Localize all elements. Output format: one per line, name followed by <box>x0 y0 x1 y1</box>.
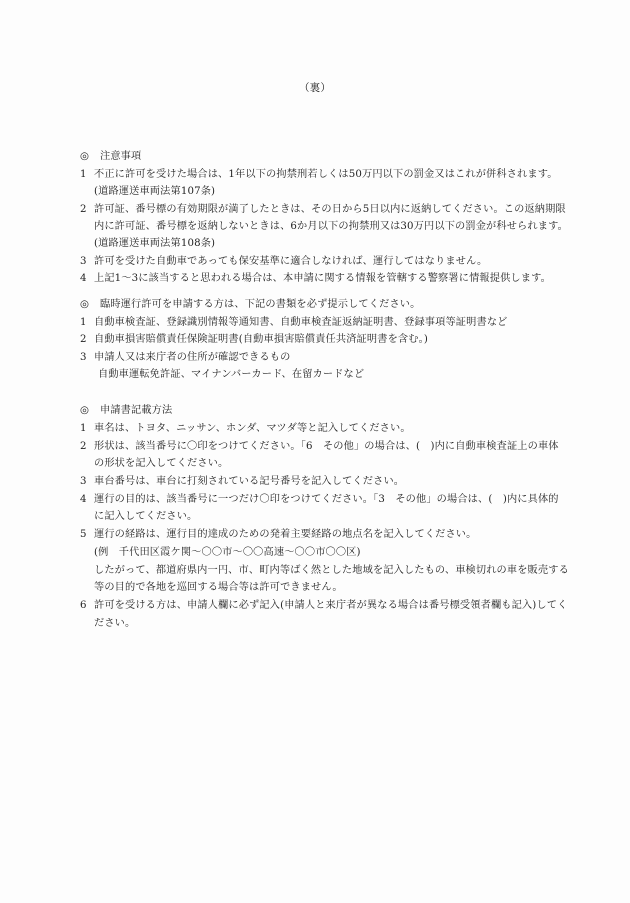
item-text: に記入してください。 <box>94 510 197 524</box>
item-number: 1 <box>80 168 87 182</box>
item-text: の形状を記入してください。 <box>94 457 228 471</box>
item-text: 車台番号は、車台に打刻されている記号番号を記入してください。 <box>94 475 404 489</box>
item-text: 許可を受けた自動車であっても保安基準に適合しなければ、運行してはなりません。 <box>94 255 487 269</box>
item-number: 2 <box>80 440 87 454</box>
double-circle-icon: ◎ <box>80 404 100 418</box>
item-number: 2 <box>80 333 87 347</box>
item-text: (道路運送車両法第108条) <box>94 237 215 251</box>
item-number: 3 <box>80 475 87 489</box>
item-text: したがって、都道府県内一円、市、町内等ばく然とした地域を記入したもの、車検切れの… <box>94 564 569 578</box>
item-text: 内に許可証、番号標を返納しないときは、6か月以下の拘禁刑又は30万円以下の罰金が… <box>94 220 568 234</box>
item-number: 6 <box>80 599 87 613</box>
item-text: 上記1～3に該当すると思われる場合は、本申請に関する情報を管轄する警察署に情報提… <box>94 272 551 286</box>
section-heading-notes: ◎注意事項 <box>80 150 141 164</box>
section-heading-how-to-fill: ◎申請書記載方法 <box>80 404 172 418</box>
section-heading-required-documents: ◎臨時運行許可を申請する方は、下記の書類を必ず提示してください。 <box>80 298 420 312</box>
item-text: 運行の経路は、運行目的達成のための発着主要経路の地点名を記入してください。 <box>94 528 476 542</box>
item-number: 2 <box>80 203 87 217</box>
item-text: 不正に許可を受けた場合は、1年以下の拘禁刑若しくは50万円以下の罰金又はこれが併… <box>94 168 558 182</box>
item-text: ださい。 <box>94 617 135 631</box>
item-text: (例 千代田区霞ケ関～〇〇市～〇〇高速～〇〇市〇〇区) <box>94 546 361 560</box>
item-text: 申請人又は来庁者の住所が確認できるもの <box>94 351 290 365</box>
item-number: 1 <box>80 316 87 330</box>
item-text: 等の目的で各地を巡回する場合等は許可できません。 <box>94 581 343 595</box>
page-title: （裏） <box>0 80 630 95</box>
item-text: 形状は、該当番号に〇印をつけてください。「6 その他」の場合は、( )内に自動車… <box>94 440 559 454</box>
item-text: 運行の目的は、該当番号に一つだけ〇印をつけてください。「3 その他」の場合は、(… <box>94 493 559 507</box>
item-number: 3 <box>80 255 87 269</box>
item-text: 車名は、トヨタ、ニッサン、ホンダ、マツダ等と記入してください。 <box>94 422 411 436</box>
item-text: 許可証、番号標の有効期限が満了したときは、その日から5日以内に返納してください。… <box>94 203 566 217</box>
item-text: (道路運送車両法第107条) <box>94 185 215 199</box>
item-number: 4 <box>80 272 87 286</box>
item-text: 許可を受ける方は、申請人欄に必ず記入(申請人と来庁者が異なる場合は番号標受領者欄… <box>94 599 567 613</box>
item-number: 4 <box>80 493 87 507</box>
item-number: 5 <box>80 528 87 542</box>
item-text: 自動車検査証、登録識別情報等通知書、自動車検査証返納証明書、登録事項等証明書など <box>94 316 508 330</box>
item-text: 自動車運転免許証、マイナンバーカード、在留カードなど <box>98 368 364 382</box>
item-number: 3 <box>80 351 87 365</box>
double-circle-icon: ◎ <box>80 298 100 312</box>
double-circle-icon: ◎ <box>80 150 100 164</box>
item-text: 自動車損害賠償責任保険証明書(自動車損害賠償責任共済証明書を含む。) <box>94 333 428 347</box>
item-number: 1 <box>80 422 87 436</box>
